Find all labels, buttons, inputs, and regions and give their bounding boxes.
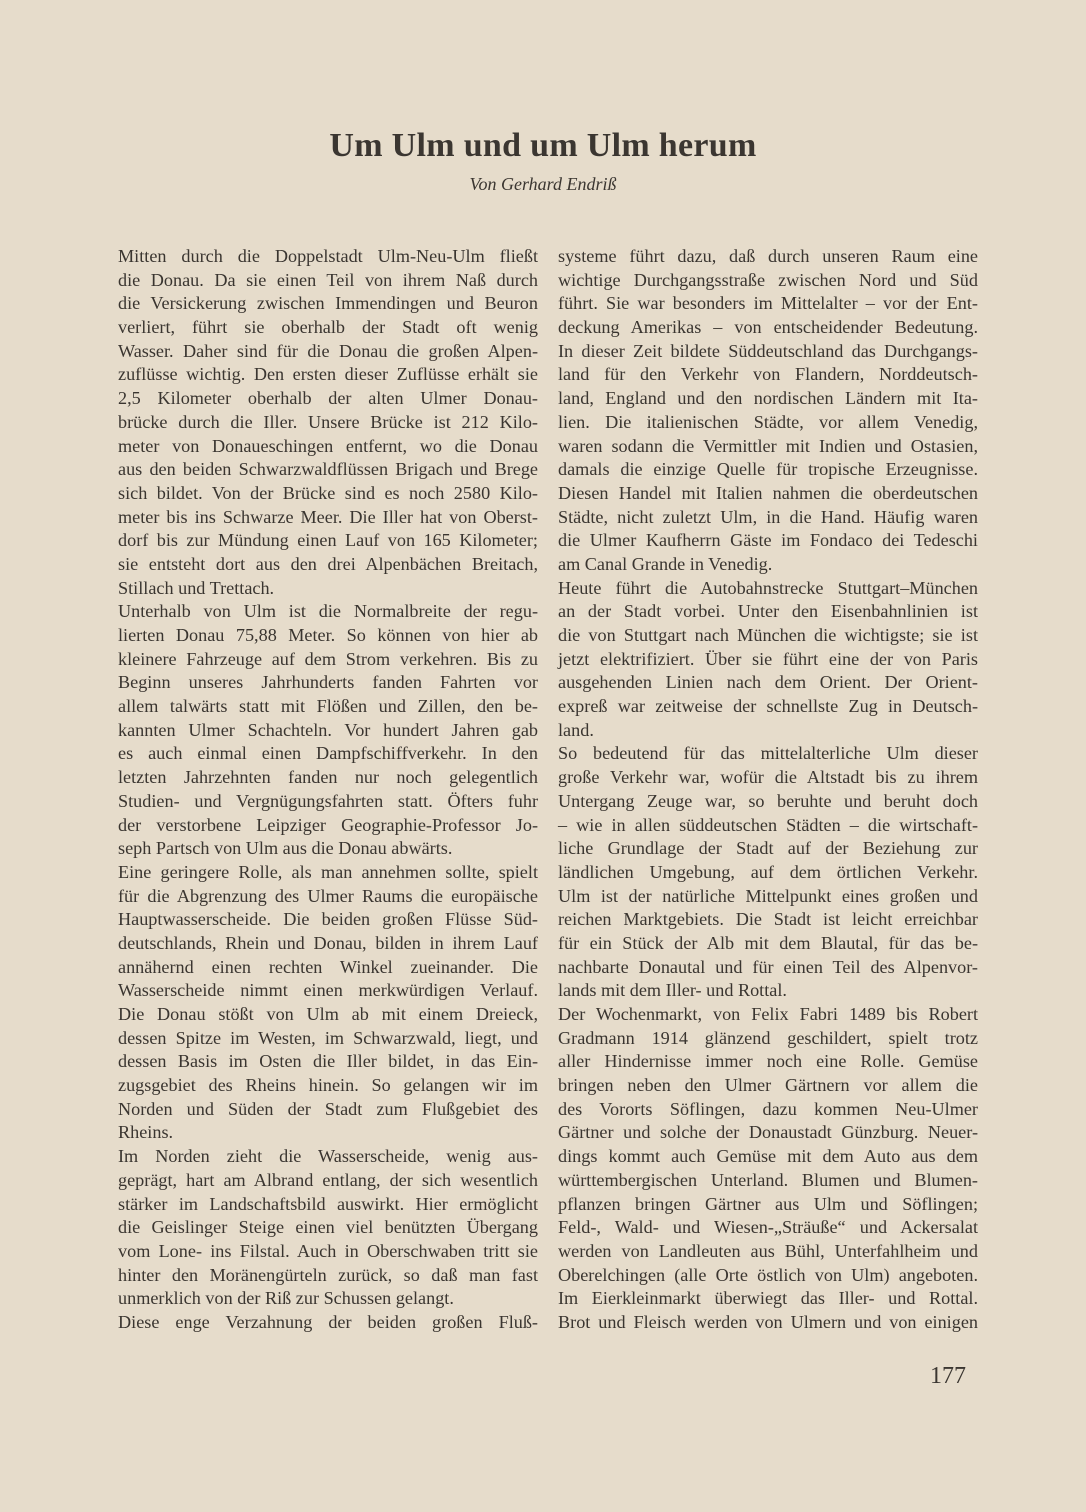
text-line: In dieser Zeit bildete Süddeutschland da… xyxy=(558,340,978,364)
text-line: land. xyxy=(558,719,978,743)
text-line: – wie in allen süddeutschen Städten – di… xyxy=(558,814,978,838)
text-line: nachbarte Donautal und für einen Teil de… xyxy=(558,956,978,980)
text-line: die Geislinger Steige einen viel benützt… xyxy=(118,1216,538,1240)
article-title: Um Ulm und um Ulm herum xyxy=(0,127,1086,165)
text-line: So bedeutend für das mittelalterliche Ul… xyxy=(558,742,978,766)
text-line: letzten Jahrzehnten fanden nur noch gele… xyxy=(118,766,538,790)
text-line: Diese enge Verzahnung der beiden großen … xyxy=(118,1311,538,1335)
text-line: zugsgebiet des Rheins hinein. So gelange… xyxy=(118,1074,538,1098)
text-line: Der Wochenmarkt, von Felix Fabri 1489 bi… xyxy=(558,1003,978,1027)
text-line: pflanzen bringen Gärtner aus Ulm und Söf… xyxy=(558,1193,978,1217)
text-line: deckung Amerikas – von entscheidender Be… xyxy=(558,316,978,340)
text-line: die Donau. Da sie einen Teil von ihrem N… xyxy=(118,269,538,293)
text-line: werden von Landleuten aus Bühl, Unterfah… xyxy=(558,1240,978,1264)
text-line: Eine geringere Rolle, als man annehmen s… xyxy=(118,861,538,885)
text-line: Städte, nicht zuletzt Ulm, in die Hand. … xyxy=(558,506,978,530)
text-line: unmerklich von der Riß zur Schussen gela… xyxy=(118,1287,538,1311)
text-line: Wasserscheide nimmt einen merkwürdigen V… xyxy=(118,979,538,1003)
text-line: des Vororts Söflingen, dazu kommen Neu-U… xyxy=(558,1098,978,1122)
text-line: Die Donau stößt von Ulm ab mit einem Dre… xyxy=(118,1003,538,1027)
text-line: Oberelchingen (alle Orte östlich von Ulm… xyxy=(558,1264,978,1288)
text-line: lands mit dem Iller- und Rottal. xyxy=(558,979,978,1003)
text-line: Beginn unseres Jahrhunderts fanden Fahrt… xyxy=(118,671,538,695)
text-line: vom Lone- ins Filstal. Auch in Oberschwa… xyxy=(118,1240,538,1264)
text-line: reichen Marktgebiets. Die Stadt ist leic… xyxy=(558,908,978,932)
text-line: Stillach und Trettach. xyxy=(118,577,538,601)
text-line: Wasser. Daher sind für die Donau die gro… xyxy=(118,340,538,364)
text-line: aus den beiden Schwarzwaldflüssen Brigac… xyxy=(118,458,538,482)
text-line: land, England und den nordischen Ländern… xyxy=(558,387,978,411)
text-line: Mitten durch die Doppelstadt Ulm-Neu-Ulm… xyxy=(118,245,538,269)
text-line: führt. Sie war besonders im Mittelalter … xyxy=(558,292,978,316)
text-line: Untergang Zeuge war, so beruhte und beru… xyxy=(558,790,978,814)
text-line: hinter den Moränengürteln zurück, so daß… xyxy=(118,1264,538,1288)
text-line: ländlichen Umgebung, auf dem örtlichen V… xyxy=(558,861,978,885)
text-line: große Verkehr war, wofür die Altstadt bi… xyxy=(558,766,978,790)
text-line: wichtige Durchgangsstraße zwischen Nord … xyxy=(558,269,978,293)
text-line: die Versickerung zwischen Immendingen un… xyxy=(118,292,538,316)
text-line: sich bildet. Von der Brücke sind es noch… xyxy=(118,482,538,506)
article-byline: Von Gerhard Endriß xyxy=(0,174,1086,195)
text-line: stärker im Landschaftsbild auswirkt. Hie… xyxy=(118,1193,538,1217)
text-line: seph Partsch von Ulm aus die Donau abwär… xyxy=(118,837,538,861)
text-line: lierten Donau 75,88 Meter. So können von… xyxy=(118,624,538,648)
text-line: Gradmann 1914 glänzend geschildert, spie… xyxy=(558,1027,978,1051)
text-line: allem talwärts statt mit Flößen und Zill… xyxy=(118,695,538,719)
text-line: aller Hindernisse immer noch eine Rolle.… xyxy=(558,1050,978,1074)
text-line: Rheins. xyxy=(118,1121,538,1145)
text-line: sie entsteht dort aus den drei Alpenbäch… xyxy=(118,553,538,577)
text-line: meter von Donaueschingen entfernt, wo di… xyxy=(118,435,538,459)
text-line: systeme führt dazu, daß durch unseren Ra… xyxy=(558,245,978,269)
text-line: Studien- und Vergnügungsfahrten statt. Ö… xyxy=(118,790,538,814)
text-line: Gärtner und solche der Donaustadt Günzbu… xyxy=(558,1121,978,1145)
text-line: dorf bis zur Mündung einen Lauf von 165 … xyxy=(118,529,538,553)
text-line: waren sodann die Vermittler mit Indien u… xyxy=(558,435,978,459)
text-line: verliert, führt sie oberhalb der Stadt o… xyxy=(118,316,538,340)
text-line: für ein Stück der Alb mit dem Blautal, f… xyxy=(558,932,978,956)
text-line: die von Stuttgart nach München die wicht… xyxy=(558,624,978,648)
text-line: Hauptwasserscheide. Die beiden großen Fl… xyxy=(118,908,538,932)
text-line: expreß war zeitweise der schnellste Zug … xyxy=(558,695,978,719)
text-line: dings kommt auch Gemüse mit dem Auto aus… xyxy=(558,1145,978,1169)
text-line: Im Norden zieht die Wasserscheide, wenig… xyxy=(118,1145,538,1169)
text-line: Heute führt die Autobahnstrecke Stuttgar… xyxy=(558,577,978,601)
text-line: zuflüsse wichtig. Den ersten dieser Zufl… xyxy=(118,363,538,387)
text-line: ausgehenden Linien nach dem Orient. Der … xyxy=(558,671,978,695)
text-line: kleinere Fahrzeuge auf dem Strom verkehr… xyxy=(118,648,538,672)
text-line: Ulm ist der natürliche Mittelpunkt eines… xyxy=(558,885,978,909)
text-line: liche Grundlage der Stadt auf der Bezieh… xyxy=(558,837,978,861)
text-line: geprägt, hart am Albrand entlang, der si… xyxy=(118,1169,538,1193)
text-line: Im Eierkleinmarkt überwiegt das Iller- u… xyxy=(558,1287,978,1311)
text-line: brücke durch die Iller. Unsere Brücke is… xyxy=(118,411,538,435)
text-line: land für den Verkehr von Flandern, Nordd… xyxy=(558,363,978,387)
text-line: lien. Die italienischen Städte, vor alle… xyxy=(558,411,978,435)
text-line: Unterhalb von Ulm ist die Normalbreite d… xyxy=(118,600,538,624)
text-line: meter bis ins Schwarze Meer. Die Iller h… xyxy=(118,506,538,530)
text-line: jetzt elektrifiziert. Über sie führt ein… xyxy=(558,648,978,672)
text-line: dessen Spitze im Westen, im Schwarzwald,… xyxy=(118,1027,538,1051)
page-number: 177 xyxy=(930,1363,966,1390)
text-column-left: Mitten durch die Doppelstadt Ulm-Neu-Ulm… xyxy=(118,245,538,1335)
text-line: annähernd einen rechten Winkel zueinande… xyxy=(118,956,538,980)
text-line: der verstorbene Leipziger Geographie-Pro… xyxy=(118,814,538,838)
text-line: Norden und Süden der Stadt zum Flußgebie… xyxy=(118,1098,538,1122)
text-line: es auch einmal einen Dampfschiffverkehr.… xyxy=(118,742,538,766)
text-line: am Canal Grande in Venedig. xyxy=(558,553,978,577)
text-line: Diesen Handel mit Italien nahmen die obe… xyxy=(558,482,978,506)
text-line: 2,5 Kilometer oberhalb der alten Ulmer D… xyxy=(118,387,538,411)
text-line: bringen neben den Ulmer Gärtnern vor all… xyxy=(558,1074,978,1098)
text-line: württembergischen Unterland. Blumen und … xyxy=(558,1169,978,1193)
text-line: damals die einzige Quelle für tropische … xyxy=(558,458,978,482)
text-line: dessen Basis im Osten die Iller bildet, … xyxy=(118,1050,538,1074)
text-column-right: systeme führt dazu, daß durch unseren Ra… xyxy=(558,245,978,1335)
text-line: Brot und Fleisch werden von Ulmern und v… xyxy=(558,1311,978,1335)
text-line: Feld-, Wald- und Wiesen-„Sträuße“ und Ac… xyxy=(558,1216,978,1240)
text-line: an der Stadt vorbei. Unter den Eisenbahn… xyxy=(558,600,978,624)
text-line: für die Abgrenzung des Ulmer Raums die e… xyxy=(118,885,538,909)
text-line: die Ulmer Kaufherrn Gäste im Fondaco dei… xyxy=(558,529,978,553)
text-line: kannten Ulmer Schachteln. Vor hundert Ja… xyxy=(118,719,538,743)
text-line: deutschlands, Rhein und Donau, bilden in… xyxy=(118,932,538,956)
